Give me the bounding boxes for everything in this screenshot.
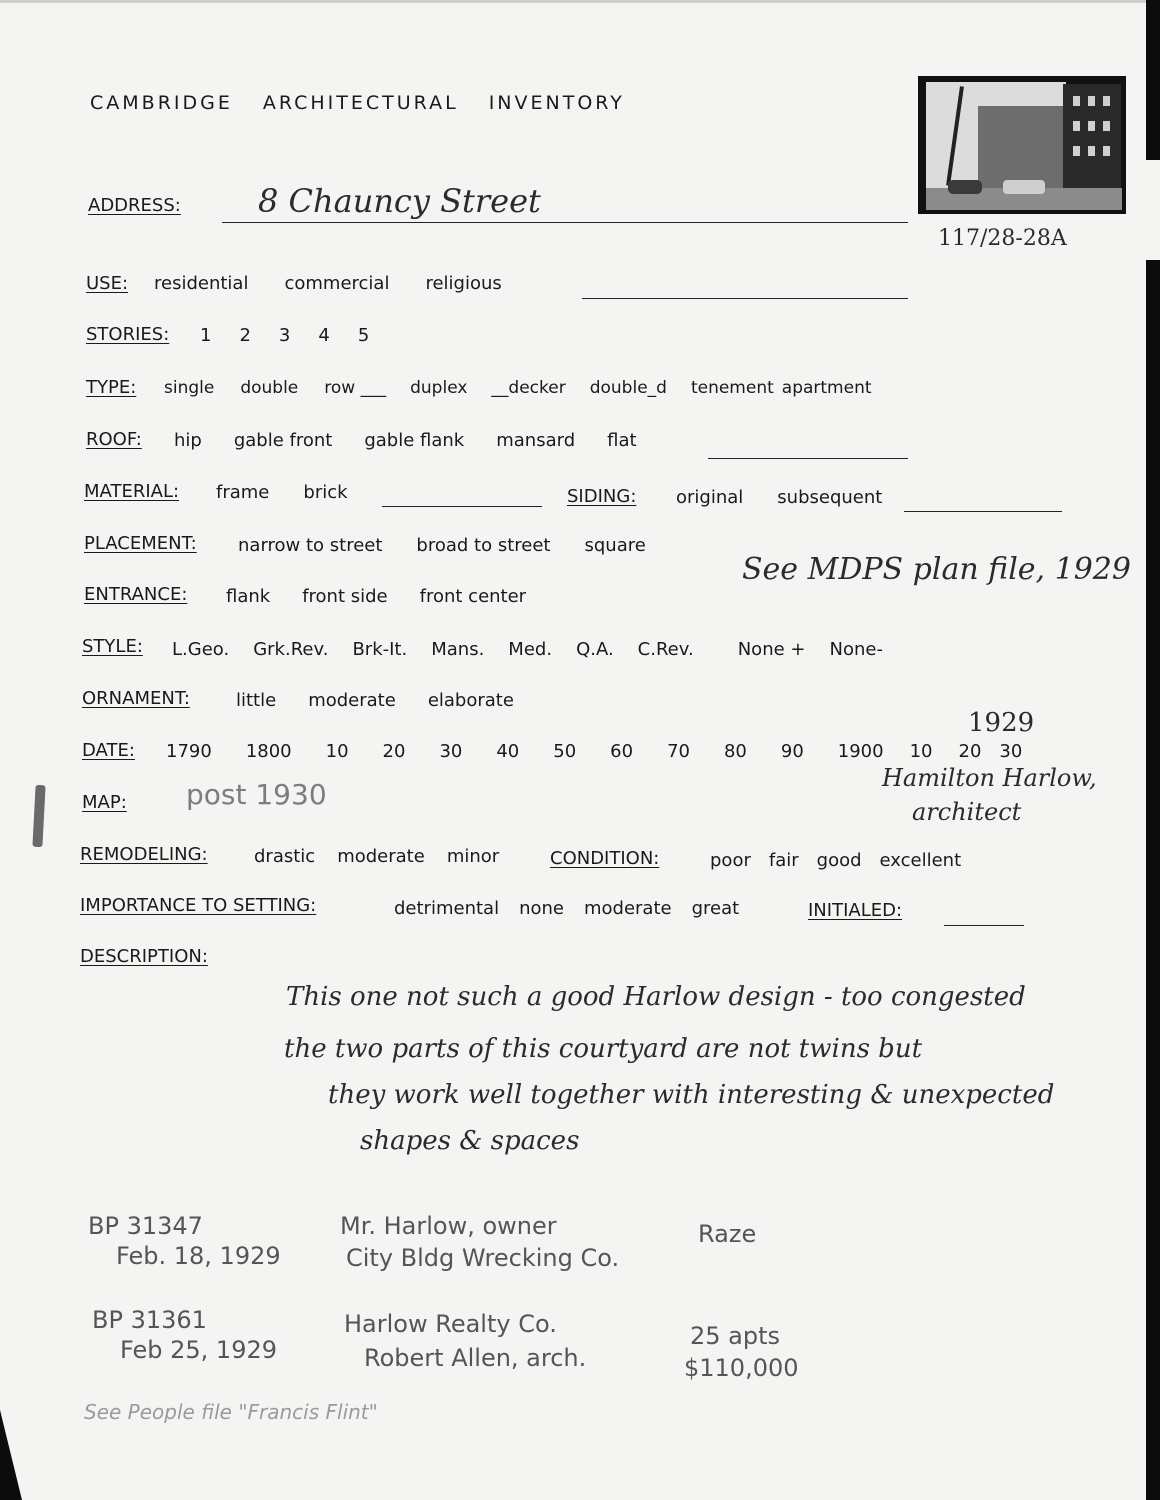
stories-options: 12345 <box>200 325 395 346</box>
entrance-note: See MDPS plan file, 1929 <box>742 552 1131 587</box>
date-option: 20 <box>383 741 406 762</box>
footer-note: See People file "Francis Flint" <box>84 1400 378 1424</box>
permit-party: Harlow Realty Co. <box>344 1310 557 1338</box>
use-option: religious <box>425 273 501 294</box>
type-option: tenement <box>691 378 774 398</box>
date-option: 70 <box>667 741 690 762</box>
date-option: 60 <box>610 741 633 762</box>
address-value: 8 Chauncy Street <box>258 182 541 220</box>
importance-option: great <box>692 898 740 919</box>
condition-option: fair <box>769 850 799 871</box>
description-line: shapes & spaces <box>360 1126 579 1156</box>
date-option: 30 <box>439 741 462 762</box>
type-option: __decker <box>491 378 565 398</box>
material-option: brick <box>303 482 347 503</box>
style-options: L.Geo.Grk.Rev.Brk-It.Mans.Med.Q.A.C.Rev.… <box>172 639 909 660</box>
remodeling-options: drasticmoderateminor <box>254 846 525 867</box>
date-option: 40 <box>496 741 519 762</box>
condition-option: good <box>817 850 862 871</box>
remodeling-option: minor <box>447 846 499 867</box>
form-title: CAMBRIDGEARCHITECTURALINVENTORY <box>90 92 655 114</box>
stories-option: 4 <box>318 325 329 346</box>
placement-option: broad to street <box>416 535 550 556</box>
roof-blank-line <box>708 458 908 459</box>
permit-note: Raze <box>698 1220 756 1248</box>
date-option: 80 <box>724 741 747 762</box>
importance-label: IMPORTANCE TO SETTING: <box>80 895 316 916</box>
remodeling-option: moderate <box>337 846 425 867</box>
use-label: USE: <box>86 273 128 294</box>
siding-options: originalsubsequent <box>676 487 908 508</box>
map-label: MAP: <box>82 792 127 813</box>
roof-option: mansard <box>496 430 575 451</box>
style-option: Med. <box>508 639 552 660</box>
date-option: 20 <box>959 741 982 762</box>
ornament-option: elaborate <box>428 690 514 711</box>
title-word: ARCHITECTURAL <box>263 92 459 114</box>
initialed-label: INITIALED: <box>808 900 902 921</box>
roof-label: ROOF: <box>86 429 142 450</box>
address-line <box>222 222 908 223</box>
use-option: commercial <box>284 273 389 294</box>
ornament-option: little <box>236 690 276 711</box>
page-right-edge <box>1146 0 1160 1500</box>
type-option: double <box>240 378 298 398</box>
margin-mark <box>32 785 45 847</box>
use-option: residential <box>154 273 248 294</box>
remodeling-option: drastic <box>254 846 315 867</box>
material-options: framebrick <box>216 482 374 503</box>
placement-option: square <box>584 535 645 556</box>
ornament-options: littlemoderateelaborate <box>236 690 540 711</box>
address-label: ADDRESS: <box>88 195 181 216</box>
page-top-edge <box>0 0 1160 3</box>
material-option: frame <box>216 482 269 503</box>
type-option: double_d <box>590 378 667 398</box>
type-option: single <box>164 378 214 398</box>
material-label: MATERIAL: <box>84 481 179 502</box>
stories-option: 1 <box>200 325 211 346</box>
stories-label: STORIES: <box>86 324 169 345</box>
description-line: they work well together with interesting… <box>328 1080 1054 1110</box>
siding-blank-line <box>904 511 1062 512</box>
architect-note-line2: architect <box>912 798 1021 826</box>
stories-option: 3 <box>279 325 290 346</box>
date-option: 1790 <box>166 741 212 762</box>
description-line: This one not such a good Harlow design -… <box>286 982 1026 1012</box>
style-option: Grk.Rev. <box>253 639 328 660</box>
style-label: STYLE: <box>82 636 143 657</box>
permit-note: $110,000 <box>684 1354 799 1382</box>
entrance-options: flankfront sidefront center <box>226 586 552 607</box>
placement-options: narrow to streetbroad to streetsquare <box>238 535 672 556</box>
importance-options: detrimentalnonemoderategreat <box>394 898 765 919</box>
photo-caption: 117/28-28A <box>938 226 1067 251</box>
map-value: post 1930 <box>186 778 327 811</box>
type-option: row ___ <box>324 378 386 398</box>
condition-option: excellent <box>880 850 962 871</box>
style-option: C.Rev. <box>638 639 694 660</box>
entrance-option: flank <box>226 586 270 607</box>
title-word: INVENTORY <box>489 92 625 114</box>
ornament-label: ORNAMENT: <box>82 688 190 709</box>
style-option: None- <box>829 639 882 660</box>
style-option: L.Geo. <box>172 639 229 660</box>
date-option: 1800 <box>246 741 292 762</box>
placement-option: narrow to street <box>238 535 382 556</box>
siding-option: original <box>676 487 743 508</box>
description-line: the two parts of this courtyard are not … <box>284 1034 922 1064</box>
entrance-label: ENTRANCE: <box>84 584 187 605</box>
stories-option: 5 <box>358 325 369 346</box>
architect-note-line1: Hamilton Harlow, <box>882 764 1097 792</box>
title-word: CAMBRIDGE <box>90 92 233 114</box>
type-label: TYPE: <box>86 377 136 398</box>
remodeling-label: REMODELING: <box>80 844 208 865</box>
importance-option: none <box>519 898 564 919</box>
permit-party: City Bldg Wrecking Co. <box>346 1244 619 1272</box>
building-photo-icon <box>918 76 1126 214</box>
material-blank-line <box>382 506 542 507</box>
stories-option: 2 <box>239 325 250 346</box>
date-option: 50 <box>553 741 576 762</box>
date-options: 179018001020304050607080901900102030 <box>166 741 1048 762</box>
style-option: Mans. <box>431 639 484 660</box>
date-label: DATE: <box>82 740 135 761</box>
type-options: singledoublerow ___duplex__deckerdouble_… <box>164 378 898 398</box>
roof-option: hip <box>174 430 202 451</box>
importance-option: detrimental <box>394 898 499 919</box>
condition-label: CONDITION: <box>550 848 659 869</box>
use-blank-line <box>582 298 908 299</box>
permit-date: Feb. 18, 1929 <box>116 1242 281 1270</box>
type-option: duplex <box>410 378 467 398</box>
page-corner <box>0 1410 22 1500</box>
placement-label: PLACEMENT: <box>84 533 197 554</box>
ornament-option: moderate <box>308 690 396 711</box>
style-option: None + <box>738 639 806 660</box>
date-option: 10 <box>910 741 933 762</box>
condition-option: poor <box>710 850 751 871</box>
entrance-option: front side <box>302 586 387 607</box>
permit-party: Robert Allen, arch. <box>364 1344 586 1372</box>
permit-note: 25 apts <box>690 1322 780 1350</box>
date-option: 90 <box>781 741 804 762</box>
style-option: Q.A. <box>576 639 614 660</box>
roof-option: flat <box>607 430 636 451</box>
initialed-blank-line <box>944 925 1024 926</box>
date-note: 1929 <box>968 708 1034 738</box>
condition-options: poorfairgoodexcellent <box>710 850 987 871</box>
roof-options: hipgable frontgable flankmansardflat <box>174 430 663 451</box>
importance-option: moderate <box>584 898 672 919</box>
roof-option: gable flank <box>364 430 464 451</box>
permit-number: BP 31361 <box>92 1306 207 1334</box>
permit-party: Mr. Harlow, owner <box>340 1212 557 1240</box>
style-option: Brk-It. <box>352 639 407 660</box>
description-label: DESCRIPTION: <box>80 946 208 967</box>
date-option: 1900 <box>838 741 884 762</box>
use-options: residentialcommercialreligious <box>154 273 528 294</box>
date-option: 30 <box>999 741 1022 762</box>
permit-number: BP 31347 <box>88 1212 203 1240</box>
siding-option: subsequent <box>777 487 882 508</box>
entrance-option: front center <box>420 586 526 607</box>
siding-label: SIDING: <box>567 486 636 507</box>
roof-option: gable front <box>234 430 333 451</box>
date-option: 10 <box>326 741 349 762</box>
permit-date: Feb 25, 1929 <box>120 1336 277 1364</box>
type-option: apartment <box>782 378 872 398</box>
